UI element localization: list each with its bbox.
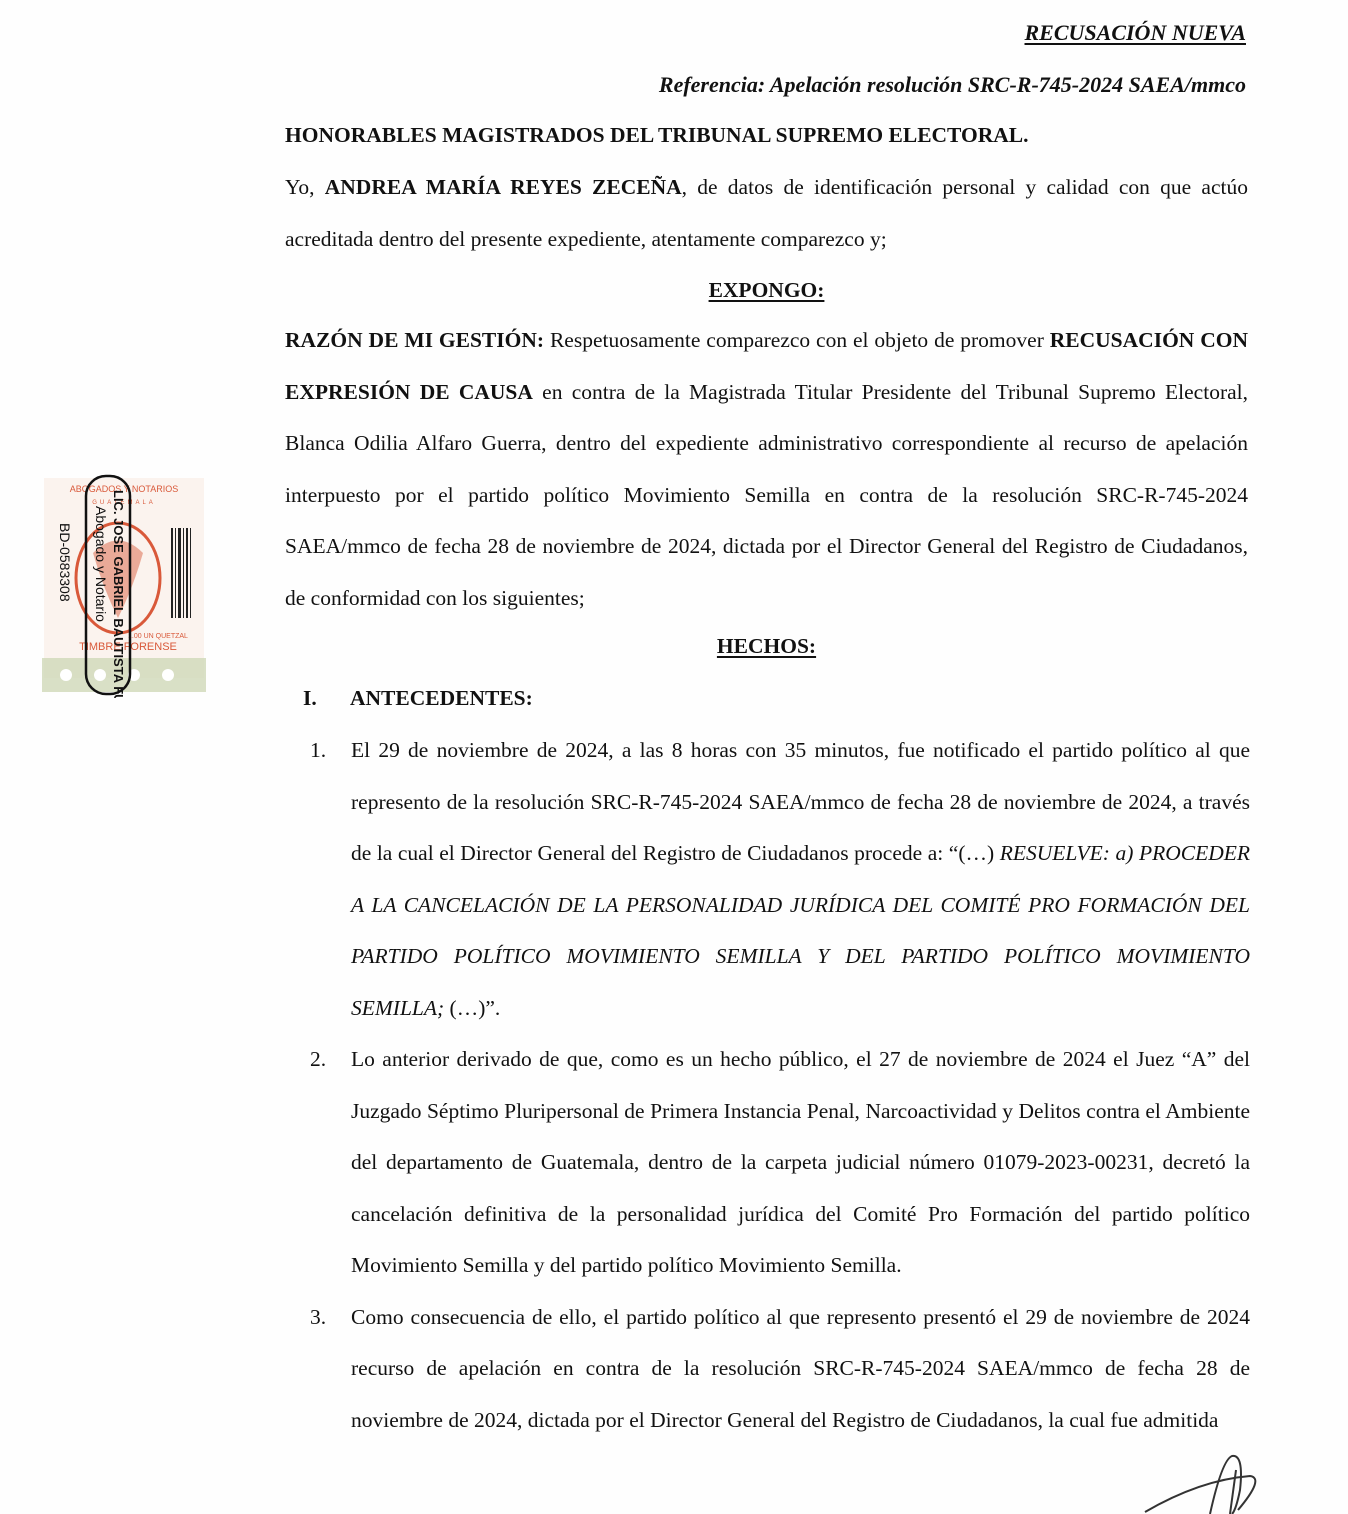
section-heading: I.ANTECEDENTES: [303, 686, 533, 711]
reference-line: Referencia: Apelación resolución SRC-R-7… [659, 72, 1246, 98]
list-item: 1.El 29 de noviembre de 2024, a las 8 ho… [310, 725, 1250, 1034]
item-quote: RESUELVE: a) PROCEDER A LA CANCELACIÓN D… [351, 841, 1250, 1020]
razon-label: RAZÓN DE MI GESTIÓN: [285, 328, 544, 352]
razon-text-1: Respetuosamente comparezco con el objeto… [544, 328, 1050, 352]
svg-text:TIMBRE FORENSE: TIMBRE FORENSE [79, 641, 177, 653]
item-number: 1. [310, 725, 326, 777]
svg-text:1.00 UN QUETZAL: 1.00 UN QUETZAL [128, 633, 188, 640]
svg-text:LIC. JOSE GABRIEL BAUTISTA FUE: LIC. JOSE GABRIEL BAUTISTA FUEN [111, 490, 126, 698]
signature [1140, 1450, 1280, 1514]
svg-text:BD-0583308: BD-0583308 [57, 523, 73, 602]
item-text: Lo anterior derivado de que, como es un … [351, 1047, 1250, 1277]
item-number: 3. [310, 1292, 326, 1344]
intro-prefix: Yo, [285, 175, 325, 199]
hechos-heading: HECHOS: [285, 634, 1248, 659]
svg-text:Abogado y Notario: Abogado y Notario [93, 506, 109, 622]
addressee: HONORABLES MAGISTRADOS DEL TRIBUNAL SUPR… [285, 110, 1248, 162]
forensic-stamp: ABOGADOS Y NOTARIOS GUATEMALA 1.00 UN QU… [38, 468, 208, 698]
list-item: 3.Como consecuencia de ello, el partido … [310, 1292, 1250, 1447]
item-tail: (…)”. [444, 996, 500, 1020]
document-title: RECUSACIÓN NUEVA [1025, 20, 1247, 46]
document-page: RECUSACIÓN NUEVA Referencia: Apelación r… [0, 0, 1348, 1514]
intro-paragraph: Yo, ANDREA MARÍA REYES ZECEÑA, de datos … [285, 162, 1248, 265]
section-title: ANTECEDENTES: [350, 686, 533, 710]
petitioner-name: ANDREA MARÍA REYES ZECEÑA [325, 175, 682, 199]
list-item: 2.Lo anterior derivado de que, como es u… [310, 1034, 1250, 1292]
razon-text-2: en contra de la Magistrada Titular Presi… [285, 380, 1248, 610]
expongo-heading: EXPONGO: [285, 278, 1248, 303]
section-number: I. [303, 686, 350, 711]
item-text: Como consecuencia de ello, el partido po… [351, 1305, 1250, 1432]
facts-list: 1.El 29 de noviembre de 2024, a las 8 ho… [310, 725, 1250, 1446]
item-number: 2. [310, 1034, 326, 1086]
razon-paragraph: RAZÓN DE MI GESTIÓN: Respetuosamente com… [285, 315, 1248, 624]
